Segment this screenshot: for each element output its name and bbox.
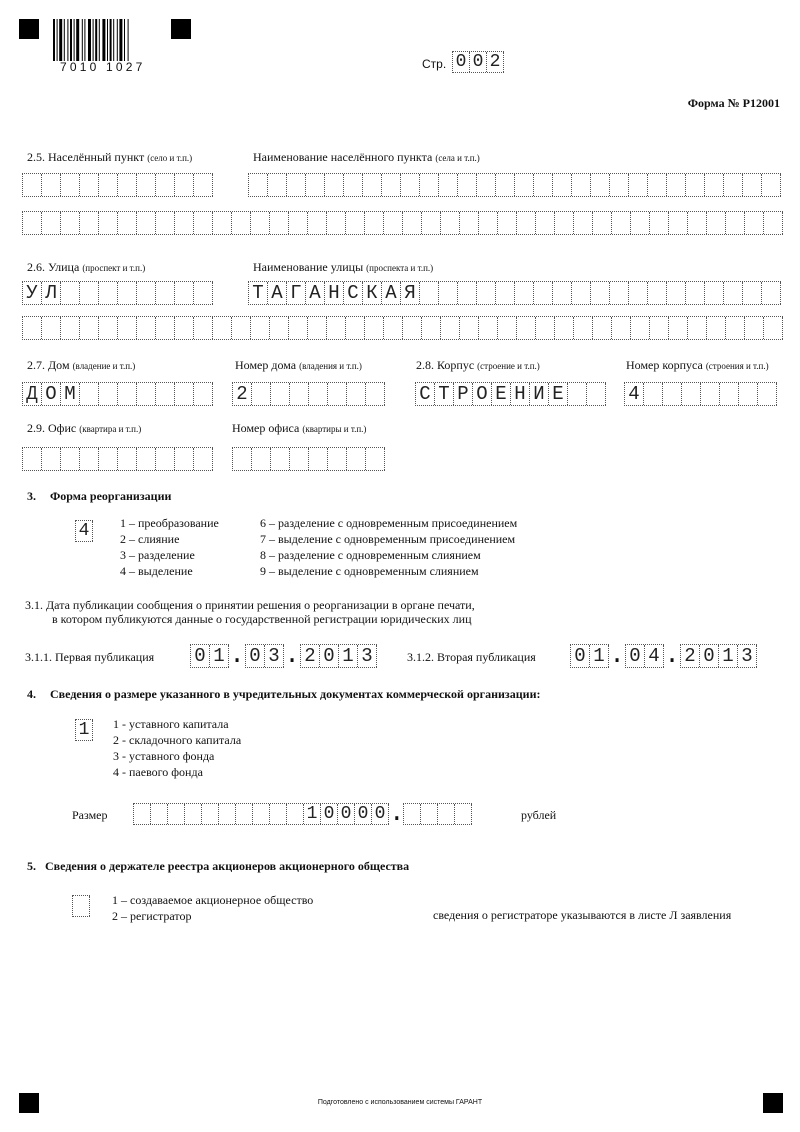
grid-cell[interactable]: 0 <box>321 804 338 824</box>
grid-cell[interactable]: А <box>268 282 287 304</box>
grid-cell[interactable]: Е <box>549 383 568 405</box>
grid-cell[interactable] <box>194 282 213 304</box>
grid-cell[interactable] <box>194 212 213 234</box>
grid-cell[interactable] <box>667 174 686 196</box>
grid-cell[interactable]: 0 <box>626 645 645 667</box>
grid-cell[interactable] <box>363 174 382 196</box>
grid-cell[interactable] <box>479 317 498 339</box>
grid-cell[interactable]: С <box>416 383 435 405</box>
date-separator: . <box>609 644 625 668</box>
grid-cell[interactable]: 0 <box>453 52 470 72</box>
grid-cell[interactable] <box>705 174 724 196</box>
grid-cell[interactable] <box>701 383 720 405</box>
grid-cell[interactable] <box>175 383 194 405</box>
grid-cell[interactable] <box>236 804 253 824</box>
grid-cell[interactable] <box>61 174 80 196</box>
grid-cell[interactable]: 2 <box>233 383 252 405</box>
grid-cell[interactable] <box>762 174 781 196</box>
grid-cell[interactable] <box>42 174 61 196</box>
grid-cell[interactable] <box>271 383 290 405</box>
grid-cell[interactable] <box>593 317 612 339</box>
grid-cell[interactable] <box>99 282 118 304</box>
grid-cell[interactable] <box>686 174 705 196</box>
grid-cell[interactable] <box>648 282 667 304</box>
grid-cell[interactable] <box>253 804 270 824</box>
grid-cell[interactable] <box>536 212 555 234</box>
s28-num-hint: (строения и т.п.) <box>706 361 769 371</box>
grid-cell[interactable] <box>80 174 99 196</box>
grid-cell[interactable] <box>568 383 587 405</box>
s27-num-hint: (владения и т.п.) <box>299 361 362 371</box>
office-type-field[interactable] <box>22 447 213 471</box>
grid-cell[interactable] <box>460 317 479 339</box>
grid-cell[interactable] <box>270 804 287 824</box>
settlement-type-field[interactable] <box>22 173 213 197</box>
grid-cell[interactable] <box>743 174 762 196</box>
grid-cell[interactable] <box>517 317 536 339</box>
grid-cell[interactable]: 4 <box>76 521 93 541</box>
grid-cell[interactable] <box>591 174 610 196</box>
grid-cell[interactable] <box>688 317 707 339</box>
grid-cell[interactable] <box>61 212 80 234</box>
grid-cell[interactable] <box>382 174 401 196</box>
grid-cell[interactable] <box>175 317 194 339</box>
grid-cell[interactable] <box>421 804 438 824</box>
grid-cell[interactable]: К <box>363 282 382 304</box>
grid-cell[interactable] <box>534 282 553 304</box>
grid-cell[interactable] <box>118 174 137 196</box>
house-type-field[interactable]: ДОМ <box>22 382 213 406</box>
grid-cell[interactable] <box>479 212 498 234</box>
grid-cell[interactable] <box>555 317 574 339</box>
s26-name-label-text: Наименование улицы <box>253 260 363 274</box>
s29-label-hint: (квартира и т.п.) <box>79 424 141 434</box>
grid-cell[interactable] <box>134 804 151 824</box>
grid-cell[interactable] <box>308 317 327 339</box>
grid-cell[interactable] <box>175 448 194 470</box>
page-label: Стр. <box>422 57 446 71</box>
grid-cell[interactable] <box>648 174 667 196</box>
grid-cell[interactable] <box>663 383 682 405</box>
grid-cell[interactable] <box>23 174 42 196</box>
grid-cell[interactable] <box>745 317 764 339</box>
grid-cell[interactable] <box>61 317 80 339</box>
grid-cell[interactable] <box>682 383 701 405</box>
grid-cell[interactable]: Е <box>492 383 511 405</box>
grid-cell[interactable]: 0 <box>470 52 487 72</box>
grid-cell[interactable] <box>420 174 439 196</box>
grid-cell[interactable]: 1 <box>76 720 93 740</box>
grid-cell[interactable] <box>739 383 758 405</box>
grid-cell[interactable] <box>328 448 347 470</box>
grid-cell[interactable] <box>175 174 194 196</box>
grid-cell[interactable] <box>384 212 403 234</box>
grid-cell[interactable] <box>612 212 631 234</box>
grid-cell[interactable] <box>309 448 328 470</box>
grid-cell[interactable]: 1 <box>304 804 321 824</box>
grid-cell[interactable] <box>118 212 137 234</box>
s25-label: 2.5. Населённый пункт (село и т.п.) <box>27 150 192 165</box>
grid-cell[interactable] <box>185 804 202 824</box>
grid-cell[interactable] <box>496 174 515 196</box>
grid-cell[interactable] <box>441 212 460 234</box>
street-type-field[interactable]: УЛ <box>22 281 213 305</box>
registry-holder-field[interactable] <box>72 895 90 917</box>
grid-cell[interactable] <box>401 174 420 196</box>
grid-cell[interactable] <box>233 448 252 470</box>
grid-cell[interactable] <box>232 317 251 339</box>
grid-cell[interactable] <box>404 804 421 824</box>
grid-cell[interactable] <box>61 282 80 304</box>
grid-cell[interactable] <box>346 212 365 234</box>
grid-cell[interactable]: 2 <box>681 645 700 667</box>
grid-cell[interactable]: 0 <box>700 645 719 667</box>
s4-options: 1 - уставного капитала2 - складочного ка… <box>113 716 241 780</box>
first-publication-date[interactable]: 01.03.2013 <box>190 644 377 668</box>
grid-cell[interactable] <box>252 383 271 405</box>
grid-cell[interactable] <box>610 282 629 304</box>
grid-cell[interactable] <box>555 212 574 234</box>
grid-cell[interactable] <box>249 174 268 196</box>
office-number-field[interactable] <box>232 447 385 471</box>
grid-cell[interactable] <box>219 804 236 824</box>
second-publication-date[interactable]: 01.04.2013 <box>570 644 757 668</box>
grid-cell[interactable]: У <box>23 282 42 304</box>
grid-cell[interactable] <box>289 212 308 234</box>
grid-cell[interactable]: Л <box>42 282 61 304</box>
grid-cell[interactable] <box>724 174 743 196</box>
grid-cell[interactable] <box>137 174 156 196</box>
date-separator: . <box>284 644 300 668</box>
s4-title: Сведения о размере указанного в учредите… <box>50 687 540 702</box>
grid-cell[interactable] <box>252 448 271 470</box>
grid-cell[interactable] <box>686 282 705 304</box>
grid-cell[interactable]: Т <box>249 282 268 304</box>
grid-cell[interactable]: 1 <box>210 645 229 667</box>
page-number-field[interactable]: 002 <box>452 51 504 73</box>
grid-cell[interactable] <box>572 174 591 196</box>
grid-cell[interactable] <box>629 174 648 196</box>
grid-cell[interactable] <box>347 448 366 470</box>
grid-cell[interactable] <box>80 282 99 304</box>
grid-cell[interactable]: 0 <box>372 804 389 824</box>
grid-cell[interactable] <box>325 174 344 196</box>
grid-cell[interactable]: 0 <box>355 804 372 824</box>
grid-cell[interactable]: 2 <box>487 52 504 72</box>
grid-cell[interactable] <box>268 174 287 196</box>
grid-cell[interactable] <box>384 317 403 339</box>
grid-cell[interactable] <box>99 317 118 339</box>
date-month[interactable]: 04 <box>625 644 664 668</box>
grid-cell[interactable] <box>553 282 572 304</box>
grid-cell[interactable]: Я <box>401 282 420 304</box>
grid-cell[interactable] <box>365 317 384 339</box>
grid-cell[interactable] <box>366 383 385 405</box>
grid-cell[interactable] <box>251 317 270 339</box>
grid-cell[interactable] <box>720 383 739 405</box>
grid-cell[interactable] <box>631 212 650 234</box>
grid-cell[interactable] <box>365 212 384 234</box>
grid-cell[interactable] <box>290 448 309 470</box>
grid-cell[interactable]: Р <box>454 383 473 405</box>
grid-cell[interactable] <box>80 317 99 339</box>
grid-cell[interactable]: Н <box>511 383 530 405</box>
grid-cell[interactable] <box>536 317 555 339</box>
grid-cell[interactable] <box>460 212 479 234</box>
grid-cell[interactable]: 3 <box>738 645 757 667</box>
grid-cell[interactable] <box>705 282 724 304</box>
grid-cell[interactable] <box>270 317 289 339</box>
grid-cell[interactable] <box>644 383 663 405</box>
grid-cell[interactable]: 2 <box>301 645 320 667</box>
grid-cell[interactable] <box>669 317 688 339</box>
grid-cell[interactable]: 1 <box>719 645 738 667</box>
grid-cell[interactable] <box>762 282 781 304</box>
grid-cell[interactable] <box>42 317 61 339</box>
grid-cell[interactable] <box>99 448 118 470</box>
grid-cell[interactable] <box>707 212 726 234</box>
grid-cell[interactable] <box>61 448 80 470</box>
grid-cell[interactable] <box>458 282 477 304</box>
grid-cell[interactable] <box>80 448 99 470</box>
grid-cell[interactable] <box>232 212 251 234</box>
grid-cell[interactable]: Д <box>23 383 42 405</box>
grid-cell[interactable] <box>650 317 669 339</box>
grid-cell[interactable] <box>420 282 439 304</box>
capital-size-field[interactable]: 10000 . <box>133 803 472 825</box>
grid-cell[interactable] <box>118 282 137 304</box>
grid-cell[interactable] <box>726 317 745 339</box>
grid-cell[interactable]: 0 <box>338 804 355 824</box>
grid-cell[interactable] <box>441 317 460 339</box>
grid-cell[interactable] <box>73 896 90 916</box>
capital-type-field[interactable]: 1 <box>75 719 93 741</box>
grid-cell[interactable] <box>587 383 606 405</box>
grid-cell[interactable]: 1 <box>339 645 358 667</box>
grid-cell[interactable] <box>42 212 61 234</box>
grid-cell[interactable] <box>439 282 458 304</box>
building-number-field[interactable]: 4 <box>624 382 777 406</box>
s3-options-left: 1 – преобразование2 – слияние3 – разделе… <box>120 515 219 579</box>
grid-cell[interactable] <box>572 282 591 304</box>
grid-cell[interactable] <box>194 174 213 196</box>
grid-cell[interactable] <box>23 317 42 339</box>
grid-cell[interactable] <box>156 212 175 234</box>
date-year[interactable]: 2013 <box>300 644 377 668</box>
grid-cell[interactable] <box>439 174 458 196</box>
grid-cell[interactable] <box>344 174 363 196</box>
grid-cell[interactable] <box>194 317 213 339</box>
capital-size-fraction[interactable] <box>403 803 472 825</box>
grid-cell[interactable]: 0 <box>571 645 590 667</box>
grid-cell[interactable] <box>99 383 118 405</box>
grid-cell[interactable] <box>151 804 168 824</box>
grid-cell[interactable] <box>438 804 455 824</box>
grid-cell[interactable] <box>669 212 688 234</box>
grid-cell[interactable] <box>137 282 156 304</box>
grid-cell[interactable] <box>688 212 707 234</box>
form-title: Форма № Р12001 <box>688 96 780 111</box>
grid-cell[interactable] <box>290 383 309 405</box>
size-label: Размер <box>72 808 108 823</box>
grid-cell[interactable] <box>118 383 137 405</box>
grid-cell[interactable] <box>308 212 327 234</box>
grid-cell[interactable]: 3 <box>358 645 377 667</box>
grid-cell[interactable] <box>758 383 777 405</box>
grid-cell[interactable]: 3 <box>265 645 284 667</box>
grid-cell[interactable]: Т <box>435 383 454 405</box>
s28-num-label-text: Номер корпуса <box>626 358 703 372</box>
grid-cell[interactable] <box>574 317 593 339</box>
grid-cell[interactable] <box>610 174 629 196</box>
grid-cell[interactable] <box>328 383 347 405</box>
grid-cell[interactable] <box>194 383 213 405</box>
grid-cell[interactable] <box>156 282 175 304</box>
grid-cell[interactable] <box>194 448 213 470</box>
grid-cell[interactable] <box>137 317 156 339</box>
first-publication-label: 3.1.1. Первая публикация <box>25 650 154 665</box>
settlement-name-continued-field[interactable] <box>22 211 783 235</box>
grid-cell[interactable] <box>455 804 472 824</box>
grid-cell[interactable]: А <box>306 282 325 304</box>
grid-cell[interactable] <box>422 212 441 234</box>
grid-cell[interactable] <box>477 174 496 196</box>
grid-cell[interactable] <box>156 448 175 470</box>
grid-cell[interactable] <box>743 282 762 304</box>
grid-cell[interactable] <box>745 212 764 234</box>
grid-cell[interactable] <box>137 212 156 234</box>
grid-cell[interactable] <box>289 317 308 339</box>
date-day[interactable]: 01 <box>190 644 229 668</box>
s28-label-text: 2.8. Корпус <box>416 358 474 372</box>
s25-name-label-text: Наименование населённого пункта <box>253 150 432 164</box>
grid-cell[interactable]: О <box>42 383 61 405</box>
grid-cell[interactable] <box>80 212 99 234</box>
grid-cell[interactable] <box>23 212 42 234</box>
grid-cell[interactable]: М <box>61 383 80 405</box>
grid-cell[interactable] <box>707 317 726 339</box>
grid-cell[interactable] <box>156 383 175 405</box>
grid-cell[interactable]: И <box>530 383 549 405</box>
grid-cell[interactable] <box>629 282 648 304</box>
grid-cell[interactable] <box>764 212 783 234</box>
grid-cell[interactable] <box>574 212 593 234</box>
grid-cell[interactable] <box>99 174 118 196</box>
grid-cell[interactable] <box>764 317 783 339</box>
grid-cell[interactable] <box>287 174 306 196</box>
grid-cell[interactable] <box>553 174 572 196</box>
grid-cell[interactable] <box>498 212 517 234</box>
s26-label: 2.6. Улица (проспект и т.п.) <box>27 260 145 275</box>
grid-cell[interactable] <box>202 804 219 824</box>
reorganization-form-field[interactable]: 4 <box>75 520 93 542</box>
grid-cell[interactable] <box>477 282 496 304</box>
grid-cell[interactable] <box>271 448 290 470</box>
grid-cell[interactable] <box>42 448 61 470</box>
grid-cell[interactable]: 4 <box>645 645 664 667</box>
grid-cell[interactable] <box>667 282 686 304</box>
grid-cell[interactable]: 0 <box>191 645 210 667</box>
grid-cell[interactable]: 0 <box>320 645 339 667</box>
grid-cell[interactable] <box>80 383 99 405</box>
date-month[interactable]: 03 <box>245 644 284 668</box>
grid-cell[interactable] <box>724 282 743 304</box>
grid-cell[interactable] <box>631 317 650 339</box>
grid-cell[interactable] <box>327 212 346 234</box>
grid-cell[interactable] <box>347 383 366 405</box>
grid-cell[interactable] <box>137 383 156 405</box>
grid-cell[interactable] <box>422 317 441 339</box>
capital-size-integer[interactable]: 10000 <box>133 803 389 825</box>
date-year[interactable]: 2013 <box>680 644 757 668</box>
grid-cell[interactable] <box>327 317 346 339</box>
grid-cell[interactable] <box>458 174 477 196</box>
grid-cell[interactable] <box>287 804 304 824</box>
corner-marker-top-right <box>171 19 191 39</box>
grid-cell[interactable] <box>213 212 232 234</box>
s26-label-text: 2.6. Улица <box>27 260 79 274</box>
street-name-field[interactable]: ТАГАНСКАЯ <box>248 281 781 305</box>
house-number-field[interactable]: 2 <box>232 382 385 406</box>
grid-cell[interactable] <box>309 383 328 405</box>
building-type-field[interactable]: СТРОЕНИЕ <box>415 382 606 406</box>
grid-cell[interactable] <box>403 317 422 339</box>
grid-cell[interactable] <box>515 282 534 304</box>
grid-cell[interactable] <box>23 448 42 470</box>
grid-cell[interactable] <box>517 212 536 234</box>
grid-cell[interactable] <box>593 212 612 234</box>
grid-cell[interactable] <box>346 317 365 339</box>
grid-cell[interactable]: 4 <box>625 383 644 405</box>
grid-cell[interactable]: Г <box>287 282 306 304</box>
grid-cell[interactable]: А <box>382 282 401 304</box>
s27-num-label-text: Номер дома <box>235 358 296 372</box>
date-day[interactable]: 01 <box>570 644 609 668</box>
grid-cell[interactable] <box>591 282 610 304</box>
grid-cell[interactable] <box>270 212 289 234</box>
grid-cell[interactable] <box>118 448 137 470</box>
grid-cell[interactable] <box>251 212 270 234</box>
grid-cell[interactable] <box>534 174 553 196</box>
grid-cell[interactable]: О <box>473 383 492 405</box>
grid-cell[interactable] <box>726 212 745 234</box>
grid-cell[interactable] <box>156 317 175 339</box>
grid-cell[interactable]: Н <box>325 282 344 304</box>
street-name-continued-field[interactable] <box>22 316 783 340</box>
grid-cell[interactable] <box>213 317 232 339</box>
grid-cell[interactable] <box>496 282 515 304</box>
grid-cell[interactable] <box>137 448 156 470</box>
grid-cell[interactable] <box>403 212 422 234</box>
grid-cell[interactable] <box>168 804 185 824</box>
grid-cell[interactable] <box>515 174 534 196</box>
grid-cell[interactable] <box>118 317 137 339</box>
s3-number: 3. <box>27 489 36 504</box>
grid-cell[interactable] <box>650 212 669 234</box>
grid-cell[interactable] <box>175 282 194 304</box>
grid-cell[interactable] <box>498 317 517 339</box>
grid-cell[interactable] <box>306 174 325 196</box>
grid-cell[interactable] <box>366 448 385 470</box>
grid-cell[interactable]: 0 <box>246 645 265 667</box>
grid-cell[interactable]: 1 <box>590 645 609 667</box>
grid-cell[interactable] <box>175 212 194 234</box>
grid-cell[interactable] <box>99 212 118 234</box>
settlement-name-field[interactable] <box>248 173 781 197</box>
grid-cell[interactable] <box>612 317 631 339</box>
grid-cell[interactable]: С <box>344 282 363 304</box>
grid-cell[interactable] <box>156 174 175 196</box>
